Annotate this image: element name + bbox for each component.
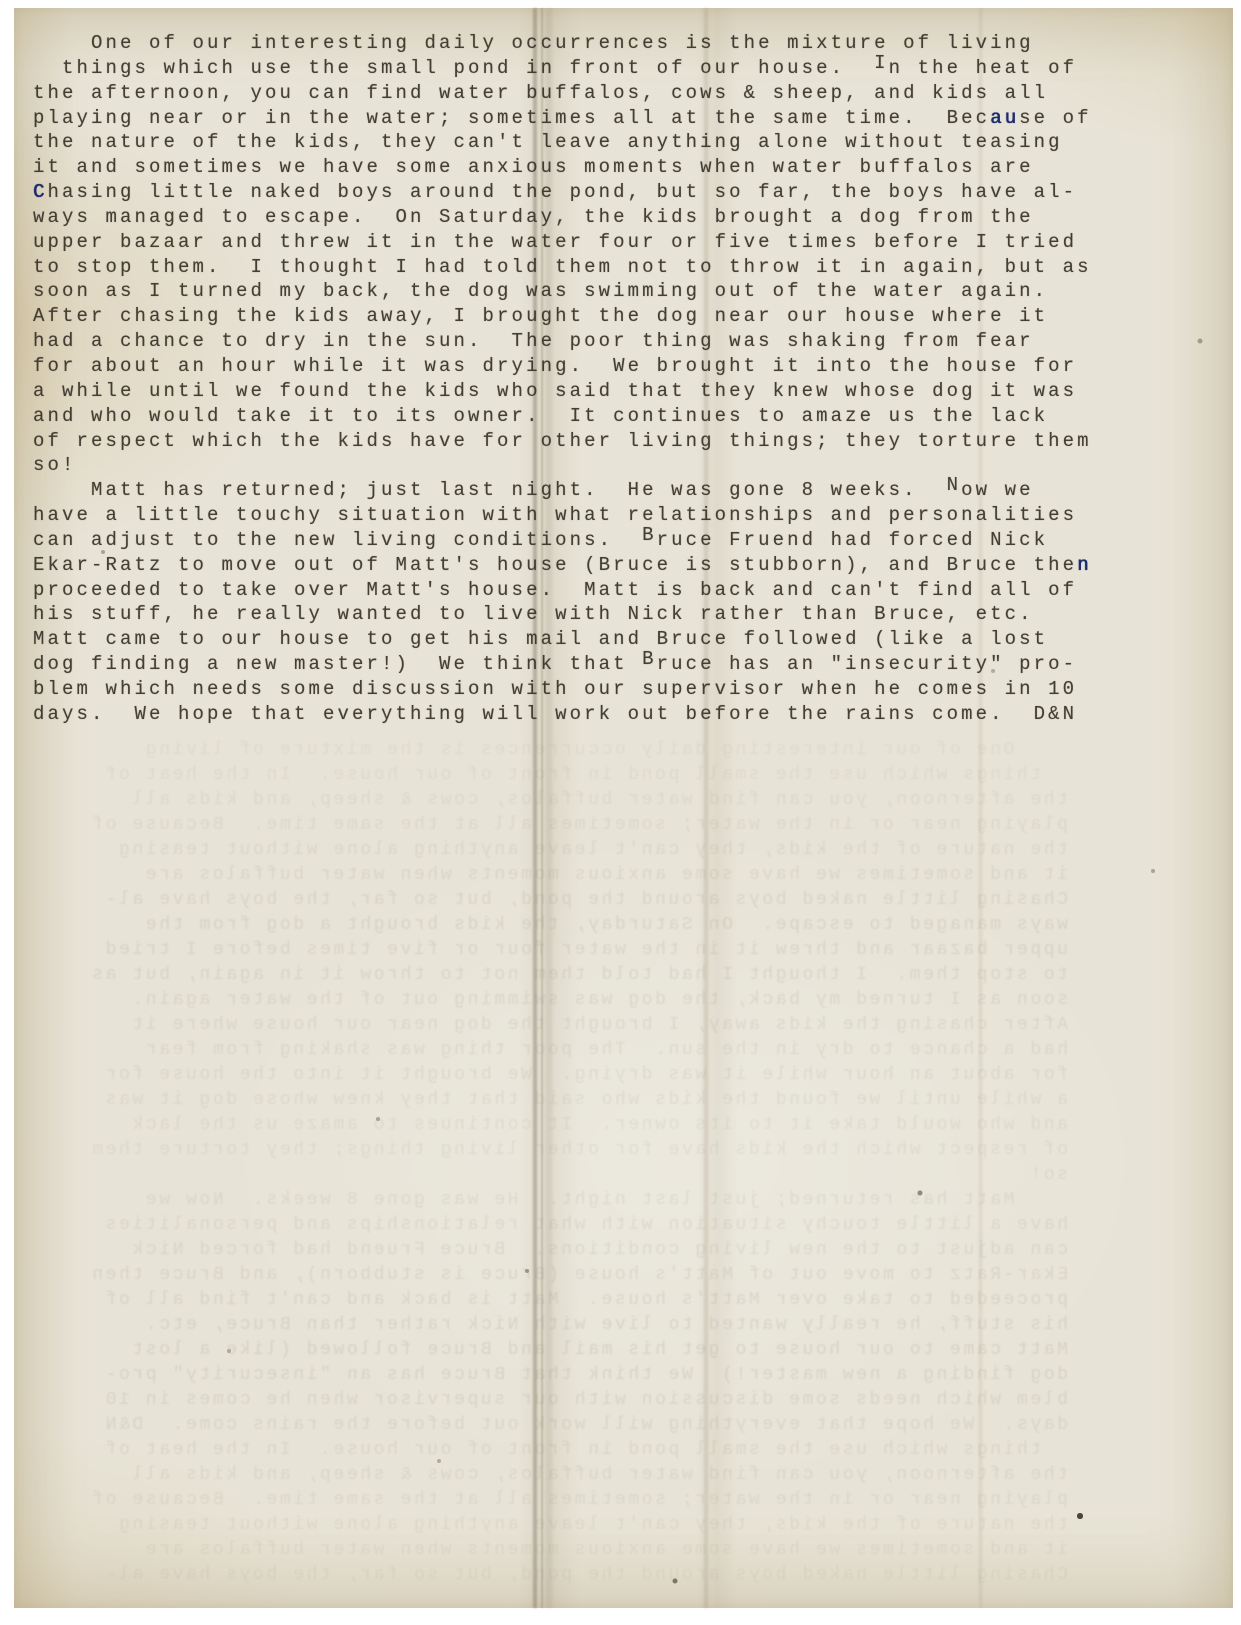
bleedthrough-line: playing near or in the water; sometimes … [58,813,1068,838]
letter-line: have a little touchy situation with what… [33,503,1223,528]
bleedthrough-line: Chasing little naked boys around the pon… [58,888,1068,913]
letter-line: can adjust to the new living conditions.… [33,528,1223,553]
bleedthrough-line: things which use the small pond in front… [58,1438,1068,1463]
letter-line: had a chance to dry in the sun. The poor… [33,329,1223,354]
bleedthrough-line: One of our interesting daily occurrences… [58,738,1068,763]
letter-line: playing near or in the water; sometimes … [33,106,1223,131]
bleedthrough-line: for about an hour while it was drying. W… [58,1063,1068,1088]
letter-line: the afternoon, you can find water buffal… [33,81,1223,106]
bleedthrough-line: Chasing little naked boys around the pon… [58,1563,1068,1588]
letter-line: upper bazaar and threw it in the water f… [33,230,1223,255]
bleedthrough-line: Ekar-Ratz to move out of Matt's house (B… [58,1263,1068,1288]
letter-line: of respect which the kids have for other… [33,429,1223,454]
letter-line: things which use the small pond in front… [33,56,1223,81]
bleedthrough-line: it and sometimes we have some anxious mo… [58,1538,1068,1563]
letter-line: ways managed to escape. On Saturday, the… [33,205,1223,230]
bleedthrough-line: so! [58,1163,1068,1188]
bleedthrough-line: and who would take it to its owner. It c… [58,1113,1068,1138]
bleedthrough-line: After chasing the kids away, I brought t… [58,1013,1068,1038]
bleedthrough-line: can adjust to the new living conditions.… [58,1238,1068,1263]
letter-line: proceeded to take over Matt's house. Mat… [33,578,1223,603]
letter-body: One of our interesting daily occurrences… [33,31,1223,727]
foxing-specks [14,8,16,10]
bleedthrough-line: had a chance to dry in the sun. The poor… [58,1038,1068,1063]
letter-line: it and sometimes we have some anxious mo… [33,155,1223,180]
bleedthrough-line: dog finding a new master!) We think that… [58,1363,1068,1388]
bleedthrough-line: Matt came to our house to get his mail a… [58,1338,1068,1363]
bleedthrough-line: to stop them. I thought I had told them … [58,963,1068,988]
letter-line: for about an hour while it was drying. W… [33,354,1223,379]
bleedthrough-line: a while until we found the kids who said… [58,1088,1068,1113]
letter-line: Matt has returned; just last night. He w… [33,478,1223,503]
letter-line: blem which needs some discussion with ou… [33,677,1223,702]
bleedthrough-line: playing near or in the water; sometimes … [58,1488,1068,1513]
letter-line: One of our interesting daily occurrences… [33,31,1223,56]
bleedthrough-line: the afternoon, you can find water buffal… [58,1463,1068,1488]
bleedthrough-line: have a little touchy situation with what… [58,1213,1068,1238]
bleedthrough-line: things which use the small pond in front… [58,763,1068,788]
bleedthrough-line: the nature of the kids, they can't leave… [58,838,1068,863]
letter-line: to stop them. I thought I had told them … [33,255,1223,280]
letter-line: days. We hope that everything will work … [33,702,1223,727]
letter-line: dog finding a new master!) We think that… [33,652,1223,677]
bleedthrough-line: of respect which the kids have for other… [58,1138,1068,1163]
letter-line: Chasing little naked boys around the pon… [33,180,1223,205]
bleedthrough-line: the afternoon, you can find water buffal… [58,788,1068,813]
bleedthrough-line: proceeded to take over Matt's house. Mat… [58,1288,1068,1313]
letter-line: and who would take it to its owner. It c… [33,404,1223,429]
letter-line: Matt came to our house to get his mail a… [33,627,1223,652]
bleedthrough-line: the nature of the kids, they can't leave… [58,1513,1068,1538]
bleedthrough-line: soon as I turned my back, the dog was sw… [58,988,1068,1013]
letter-line: After chasing the kids away, I brought t… [33,304,1223,329]
letter-line: soon as I turned my back, the dog was sw… [33,279,1223,304]
bleedthrough-line: Matt has returned; just last night. He w… [58,1188,1068,1213]
letter-line: a while until we found the kids who said… [33,379,1223,404]
letter-line: Ekar-Ratz to move out of Matt's house (B… [33,553,1223,578]
bleedthrough-line: days. We hope that everything will work … [58,1413,1068,1438]
letter-line: the nature of the kids, they can't leave… [33,130,1223,155]
bleedthrough-line: it and sometimes we have some anxious mo… [58,863,1068,888]
bleedthrough-line: blem which needs some discussion with ou… [58,1388,1068,1413]
letter-line: his stuff, he really wanted to live with… [33,602,1223,627]
letter-line: so! [33,453,1223,478]
bleedthrough-line: his stuff, he really wanted to live with… [58,1313,1068,1338]
bleedthrough-text: One of our interesting daily occurrences… [58,738,1068,1588]
bleedthrough-line: ways managed to escape. On Saturday, the… [58,913,1068,938]
bleedthrough-line: upper bazaar and threw it in the water f… [58,938,1068,963]
